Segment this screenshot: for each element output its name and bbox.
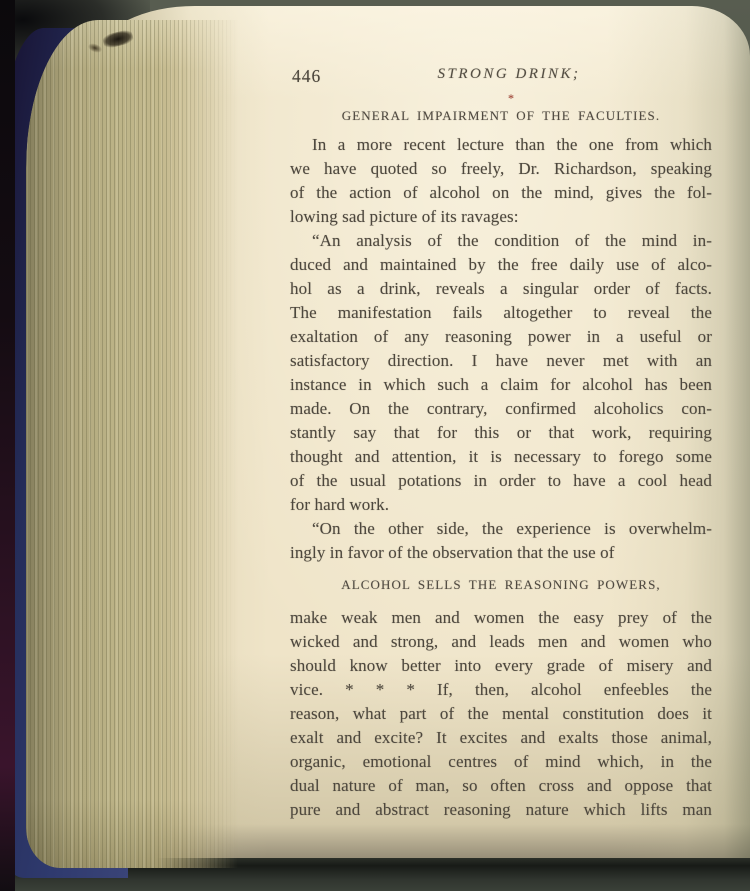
text-line: for hard work.: [290, 493, 712, 517]
page-header: 446 STRONG DRINK;: [290, 66, 712, 90]
text-line: exaltation of any reasoning power in a u…: [290, 325, 712, 349]
book-photo: 446 STRONG DRINK; * GENERAL IMPAIRMENT O…: [0, 0, 750, 891]
text-line: pure and abstract reasoning nature which…: [290, 798, 712, 822]
text-line: of the action of alcohol on the mind, gi…: [290, 181, 712, 205]
text-line: duced and maintained by the free daily u…: [290, 253, 712, 277]
text-line: ingly in favor of the observation that t…: [290, 541, 712, 565]
text-line: organic, emotional centres of mind which…: [290, 750, 712, 774]
ornament-mark: *: [290, 92, 712, 108]
text-line: should know better into every grade of m…: [290, 654, 712, 678]
text-line: The manifestation fails altogether to re…: [290, 301, 712, 325]
page-number: 446: [292, 66, 321, 87]
section-heading: ALCOHOL SELLS THE REASONING POWERS,: [290, 577, 712, 593]
text-line: hol as a drink, reveals a singular order…: [290, 277, 712, 301]
text-line: “On the other side, the experience is ov…: [290, 517, 712, 541]
text-line: satisfactory direction. I have never met…: [290, 349, 712, 373]
text-line: stantly say that for this or that work, …: [290, 421, 712, 445]
text-line: In a more recent lecture than the one fr…: [290, 133, 712, 157]
book-spine-edge: [0, 0, 15, 891]
text-line: wicked and strong, and leads men and wom…: [290, 630, 712, 654]
text-line: instance in which such a claim for alcoh…: [290, 373, 712, 397]
text-line: thought and attention, it is necessary t…: [290, 445, 712, 469]
section-heading: GENERAL IMPAIRMENT OF THE FACULTIES.: [290, 108, 712, 124]
text-line: made. On the contrary, confirmed alcohol…: [290, 397, 712, 421]
page-edges-stack: [26, 20, 238, 868]
text-line: dual nature of man, so often cross and o…: [290, 774, 712, 798]
text-line: lowing sad picture of its ravages:: [290, 205, 712, 229]
text-line: vice. * * * If, then, alcohol enfeebles …: [290, 678, 712, 702]
text-line: make weak men and women the easy prey of…: [290, 606, 712, 630]
text-line: exalt and excite? It excites and exalts …: [290, 726, 712, 750]
page-text-column: 446 STRONG DRINK; * GENERAL IMPAIRMENT O…: [290, 66, 712, 822]
text-line: reason, what part of the mental constitu…: [290, 702, 712, 726]
text-line: “An analysis of the condition of the min…: [290, 229, 712, 253]
text-line: we have quoted so freely, Dr. Richardson…: [290, 157, 712, 181]
running-head: STRONG DRINK;: [290, 66, 712, 83]
text-body: GENERAL IMPAIRMENT OF THE FACULTIES.In a…: [290, 108, 712, 822]
text-line: of the usual potations in order to have …: [290, 469, 712, 493]
